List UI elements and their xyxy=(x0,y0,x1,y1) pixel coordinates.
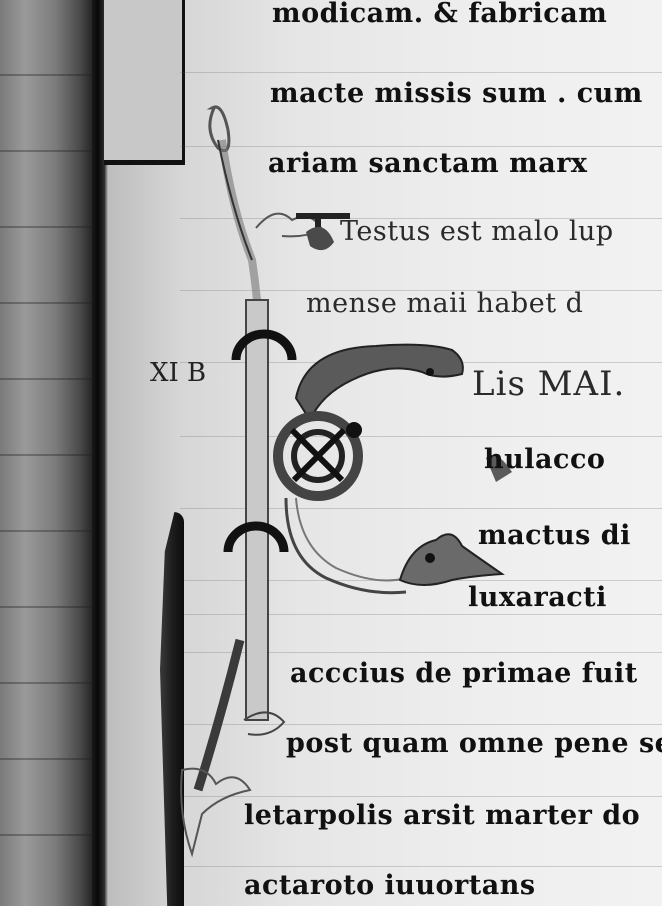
text-line-6-capitals: Lis MAI. xyxy=(472,364,625,404)
manuscript-photo: XI B modicam. & fabricam macte missis su… xyxy=(0,0,662,906)
text-line-8: mactus di xyxy=(478,522,631,549)
text-line-9: luxaracti xyxy=(468,584,607,611)
text-line-10: acccius de primae fuit xyxy=(290,660,638,687)
text-line-4: Testus est malo lup xyxy=(340,218,614,245)
text-line-11: post quam omne pene se xyxy=(286,730,662,757)
text-line-2: macte missis sum . cum xyxy=(270,80,643,107)
text-line-1: modicam. & fabricam xyxy=(272,0,607,27)
text-line-7: hulacco xyxy=(484,446,605,473)
text-line-5: mense maii habet d xyxy=(306,290,583,317)
text-line-13: actaroto iuuortans xyxy=(244,872,536,899)
text-line-12: letarpolis arsit marter do xyxy=(244,802,640,829)
margin-rubric: XI B xyxy=(150,358,206,388)
text-line-3: ariam sanctam marx xyxy=(268,150,588,177)
